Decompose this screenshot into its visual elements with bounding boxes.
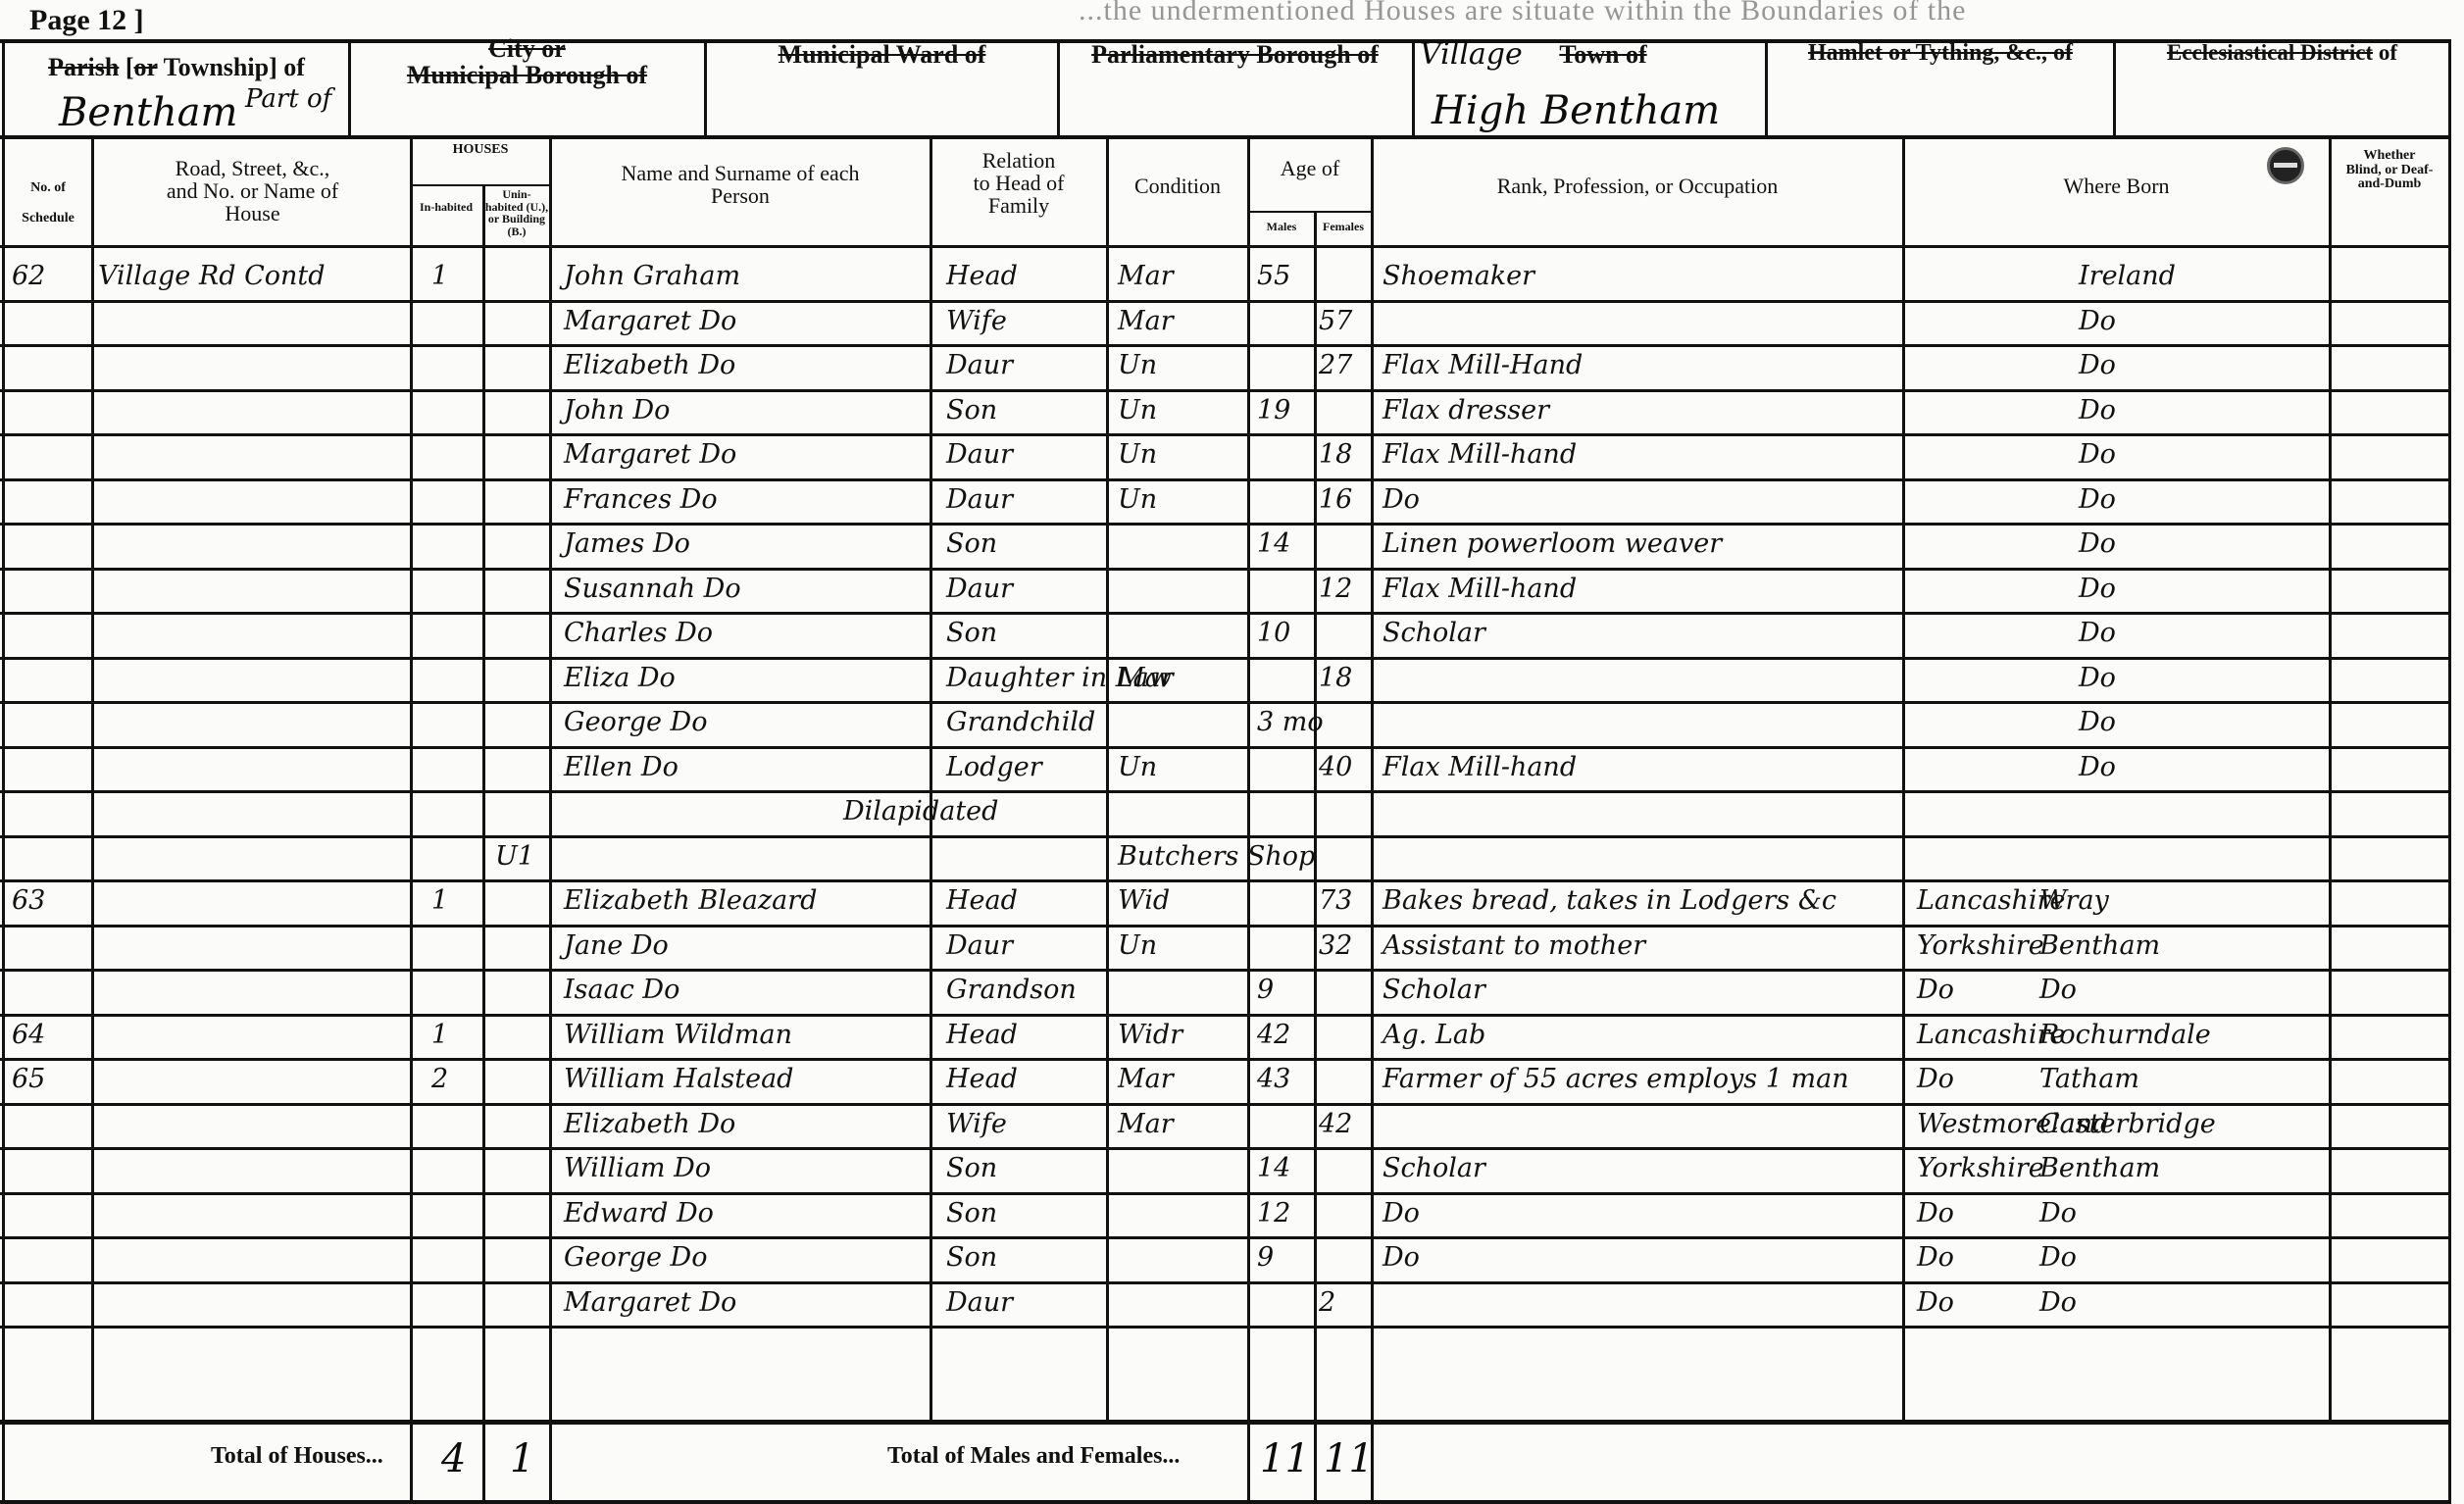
- col-schedule: No. of Schedule: [5, 181, 91, 226]
- cell-born-county: Yorkshire: [1917, 1153, 2044, 1183]
- cell-female-age: 12: [1319, 574, 1352, 604]
- ecclesiastical-label-rest: of: [2379, 40, 2397, 65]
- cell-born-place: Do: [2079, 306, 2116, 336]
- cell-name: Margaret Do: [564, 439, 736, 470]
- cell-condition: Wid: [1118, 885, 1170, 916]
- city-label-line2: Municipal Borough of: [353, 62, 701, 88]
- town-prefix: Village: [1420, 37, 1523, 72]
- table-row: William DoSon14ScholarYorkshireBentham: [0, 1149, 2464, 1194]
- cell-born-place: Do: [2079, 484, 2116, 515]
- cell-born-county: Do: [1917, 1287, 1954, 1318]
- col-name-line2: Person: [554, 184, 927, 207]
- total-houses-inhabited: 4: [441, 1436, 466, 1481]
- cell-condition: Un: [1118, 484, 1157, 515]
- divider: [1057, 39, 1060, 137]
- col-houses-title: HOUSES: [412, 143, 549, 158]
- houses-subdivider: [410, 184, 552, 186]
- cell-relation: Grandson: [946, 975, 1077, 1005]
- col-schedule-line1: No. of: [5, 181, 91, 196]
- cell-born-place: Tatham: [2039, 1064, 2139, 1094]
- ward-label: Municipal Ward of: [708, 41, 1056, 68]
- cell-relation: Head: [946, 261, 1018, 291]
- cell-name: George Do: [564, 707, 707, 737]
- cell-name: Susannah Do: [564, 574, 741, 604]
- table-row: John DoSonUn19Flax dresserDo: [0, 391, 2464, 436]
- cell-male-age: 14: [1257, 528, 1290, 559]
- total-males: 11: [1260, 1436, 1310, 1481]
- cell-relation: Head: [946, 1020, 1018, 1050]
- cell-condition: Mar: [1118, 1109, 1174, 1139]
- table-row: James DoSon14Linen powerloom weaverDo: [0, 525, 2464, 570]
- table-row: George DoGrandchild3 moDo: [0, 703, 2464, 748]
- cell-name: Ellen Do: [564, 752, 679, 782]
- or-struck: or: [134, 53, 158, 81]
- cell-condition: Un: [1118, 350, 1157, 380]
- cell-name: William Halstead: [564, 1064, 793, 1094]
- cell-born-county: Do: [1917, 1242, 1954, 1273]
- col-schedule-line2: Schedule: [5, 212, 91, 226]
- table-row: Ellen DoLodgerUn40Flax Mill-handDo: [0, 748, 2464, 793]
- cell-born-county: Yorkshire: [1917, 930, 2044, 961]
- cell-born-place: Do: [2079, 752, 2116, 782]
- cell-name: Elizabeth Do: [564, 1109, 735, 1139]
- table-row: Margaret DoWifeMar57Do: [0, 302, 2464, 347]
- city-label-line1: City or: [353, 35, 701, 62]
- cell-name: Elizabeth Do: [564, 350, 735, 380]
- cell-relation: Son: [946, 1198, 997, 1228]
- cell-female-age: 18: [1319, 663, 1352, 693]
- totals-bottom-border: [0, 1500, 2451, 1504]
- cell-name: George Do: [564, 1242, 707, 1273]
- cell-born-place: Do: [2079, 350, 2116, 380]
- cell-name: Margaret Do: [564, 1287, 736, 1318]
- col-relation-line3: Family: [931, 194, 1106, 217]
- total-houses-uninhabited: 1: [510, 1436, 534, 1481]
- ecclesiastical-label: Ecclesiastical District of: [2118, 41, 2446, 65]
- ecclesiastical-label-struck: Ecclesiastical District: [2167, 40, 2373, 65]
- table-row: Frances DoDaurUn16DoDo: [0, 480, 2464, 526]
- cell-relation: Son: [946, 1242, 997, 1273]
- col-houses-inhabited: In-habited: [412, 201, 480, 214]
- parish-label-rest: Township] of: [164, 53, 305, 81]
- cell-born-place: Do: [2079, 707, 2116, 737]
- cell-born-county: Do: [1917, 975, 1954, 1005]
- cell-relation: Daur: [946, 484, 1013, 515]
- parish-label: Parish [or Township] of: [10, 54, 343, 80]
- cell-born-place: Do: [2039, 975, 2077, 1005]
- cell-born-place: Ireland: [2079, 261, 2176, 291]
- cell-occupation: Flax Mill-hand: [1383, 752, 1577, 782]
- cell-relation: Head: [946, 1064, 1018, 1094]
- cell-relation: Daur: [946, 350, 1013, 380]
- col-blind-line1: Whether: [2332, 149, 2447, 164]
- parliamentary-label: Parliamentary Borough of: [1061, 41, 1409, 68]
- cell-relation: Lodger: [946, 752, 1042, 782]
- cell-born-place: Do: [2079, 395, 2116, 426]
- cell-name: Eliza Do: [564, 663, 676, 693]
- divider: [1765, 39, 1768, 137]
- cell-condition: Un: [1118, 752, 1157, 782]
- cell-name: Frances Do: [564, 484, 718, 515]
- cell-female-age: 27: [1319, 350, 1352, 380]
- col-road: Road, Street, &c., and No. or Name of Ho…: [98, 157, 407, 225]
- total-persons-label: Total of Males and Females...: [887, 1443, 1180, 1470]
- cell-relation: Daur: [946, 930, 1013, 961]
- city-label: City or Municipal Borough of: [353, 35, 701, 89]
- column-header-bottom: [0, 245, 2451, 248]
- cell-male-age: 55: [1257, 261, 1290, 291]
- cell-born-place: Do: [2079, 574, 2116, 604]
- cell-relation: Daur: [946, 574, 1013, 604]
- cell-occupation: Scholar: [1383, 975, 1485, 1005]
- divider: [704, 39, 707, 137]
- table-row: Charles DoSon10ScholarDo: [0, 614, 2464, 659]
- col-age: Age of: [1249, 157, 1371, 179]
- cell-female-age: 42: [1319, 1109, 1352, 1139]
- cell-occupation: Do: [1383, 1198, 1420, 1228]
- cell-name: Jane Do: [564, 930, 669, 961]
- cell-female-age: 18: [1319, 439, 1352, 470]
- cell-occupation: Scholar: [1383, 1153, 1485, 1183]
- cell-condition: Un: [1118, 930, 1157, 961]
- cell-female-age: 32: [1319, 930, 1352, 961]
- bracket: [: [126, 53, 134, 81]
- town-label: Town of: [1530, 41, 1677, 68]
- town-value: High Bentham: [1432, 88, 1720, 133]
- cell-relation: Son: [946, 618, 997, 648]
- cell-name: William Wildman: [564, 1020, 792, 1050]
- cell-male-age: 10: [1257, 618, 1290, 648]
- col-occupation: Rank, Profession, or Occupation: [1373, 175, 1902, 197]
- cell-born-place: Do: [2079, 618, 2116, 648]
- col-where-born: Where Born: [1904, 175, 2329, 197]
- cell-condition: Mar: [1118, 261, 1174, 291]
- table-row: Margaret DoDaur2DoDo: [0, 1283, 2464, 1329]
- cell-born-place: Do: [2079, 663, 2116, 693]
- punch-hole-icon: [2267, 147, 2304, 184]
- cell-born-place: Do: [2039, 1242, 2077, 1273]
- cell-male-age: 12: [1257, 1198, 1290, 1228]
- cell-occupation: Scholar: [1383, 618, 1485, 648]
- cell-born-place: Do: [2039, 1287, 2077, 1318]
- cell-born-place: Bentham: [2039, 930, 2160, 961]
- cell-relation: Wife: [946, 1109, 1007, 1139]
- cell-relation: Son: [946, 528, 997, 559]
- cell-relation: Grandchild: [946, 707, 1095, 737]
- cell-occupation: Flax dresser: [1383, 395, 1549, 426]
- cell-name: Margaret Do: [564, 306, 736, 336]
- table-row: 641William WildmanHeadWidr42Ag. LabLanca…: [0, 1016, 2464, 1061]
- cell-condition: Mar: [1118, 306, 1174, 336]
- cell-name: Edward Do: [564, 1198, 714, 1228]
- cell-female-age: 57: [1319, 306, 1352, 336]
- table-row: 631Elizabeth BleazardHeadWid73Bakes brea…: [0, 881, 2464, 927]
- col-age-females: Females: [1316, 221, 1371, 233]
- cell-relation: Daur: [946, 439, 1013, 470]
- col-relation-line2: to Head of: [931, 172, 1106, 194]
- cell-condition: Widr: [1118, 1020, 1182, 1050]
- parish-label-struck: Parish: [48, 53, 119, 81]
- cell-inhabited: 2: [431, 1064, 448, 1094]
- cell-name: John Do: [564, 395, 670, 426]
- divider: [1412, 39, 1415, 137]
- parish-value: Bentham: [59, 90, 237, 135]
- col-condition: Condition: [1108, 175, 1247, 197]
- cell-born-place: Casterbridge: [2039, 1109, 2216, 1139]
- cell-occupation: Assistant to mother: [1383, 930, 1645, 961]
- cell-condition: Un: [1118, 439, 1157, 470]
- table-row: Isaac DoGrandson9ScholarDoDo: [0, 971, 2464, 1016]
- total-females: 11: [1324, 1436, 1374, 1481]
- col-relation-line1: Relation: [931, 149, 1106, 172]
- cell-born-county: Do: [1917, 1064, 1954, 1094]
- cell-born-place: Wray: [2039, 885, 2109, 916]
- cell-uninhabited: U1: [495, 841, 534, 872]
- cell-female-age: 16: [1319, 484, 1352, 515]
- cell-born-place: Do: [2079, 439, 2116, 470]
- col-age-males: Males: [1249, 221, 1314, 233]
- cell-occupation: Shoemaker: [1383, 261, 1534, 291]
- col-road-line3: House: [98, 202, 407, 225]
- table-row: Susannah DoDaur12Flax Mill-handDo: [0, 570, 2464, 615]
- totals-top-border: [0, 1420, 2451, 1425]
- cell-name: Charles Do: [564, 618, 713, 648]
- parish-value-note: Part of: [245, 84, 331, 114]
- cell-inhabited: 1: [431, 261, 448, 291]
- cell-female-age: 40: [1319, 752, 1352, 782]
- cell-condition: Mar: [1118, 663, 1174, 693]
- cell-condition: Butchers Shop: [1118, 841, 1315, 872]
- col-blind-line3: and-Dumb: [2332, 177, 2447, 192]
- cell-male-age: 9: [1257, 975, 1274, 1005]
- cell-occupation: Do: [1383, 1242, 1420, 1273]
- hamlet-label: Hamlet or Tything, &c., of: [1770, 41, 2111, 66]
- cell-female-age: 73: [1319, 885, 1352, 916]
- total-houses-label: Total of Houses...: [211, 1443, 383, 1470]
- cell-male-age: 9: [1257, 1242, 1274, 1273]
- cell-occupation: Ag. Lab: [1383, 1020, 1485, 1050]
- cell-male-age: 14: [1257, 1153, 1290, 1183]
- cell-occupation: Do: [1383, 484, 1420, 515]
- cell-occupation: Flax Mill-hand: [1383, 439, 1577, 470]
- table-row: Eliza DoDaughter in LawMar18Do: [0, 659, 2464, 704]
- cell-inhabited: 1: [431, 1020, 448, 1050]
- cell-born-place: Do: [2039, 1198, 2077, 1228]
- table-row: 62Village Rd Contd1John GrahamHeadMar55S…: [0, 257, 2464, 302]
- cell-schedule: 63: [12, 885, 45, 916]
- cell-occupation: Linen powerloom weaver: [1383, 528, 1722, 559]
- cell-relation: Son: [946, 1153, 997, 1183]
- table-row: Edward DoSon12DoDoDo: [0, 1194, 2464, 1239]
- col-blind: Whether Blind, or Deaf- and-Dumb: [2332, 149, 2447, 192]
- col-houses-uninhabited: Unin-habited (U.), or Building (B.): [484, 188, 549, 237]
- cell-road: Village Rd Contd: [98, 261, 326, 291]
- cell-born-place: Bentham: [2039, 1153, 2160, 1183]
- cell-occupation: Flax Mill-hand: [1383, 574, 1577, 604]
- cell-born-county: Do: [1917, 1198, 1954, 1228]
- town-label-text: Town of: [1559, 40, 1646, 69]
- cell-name: Dilapidated: [843, 796, 998, 827]
- cell-relation: Head: [946, 885, 1018, 916]
- cell-occupation: Farmer of 55 acres employs 1 man: [1383, 1064, 1849, 1094]
- table-row: Elizabeth DoWifeMar42WestmorelandCasterb…: [0, 1105, 2464, 1150]
- faded-top-print: ...the undermentioned Houses are situate…: [1079, 0, 1966, 27]
- col-name-line1: Name and Surname of each: [554, 162, 927, 184]
- cell-name: William Do: [564, 1153, 711, 1183]
- table-row: Margaret DoDaurUn18Flax Mill-handDo: [0, 435, 2464, 480]
- col-relation: Relation to Head of Family: [931, 149, 1106, 217]
- col-blind-line2: Blind, or Deaf-: [2332, 164, 2447, 178]
- cell-name: John Graham: [564, 261, 740, 291]
- cell-relation: Daur: [946, 1287, 1013, 1318]
- cell-relation: Wife: [946, 306, 1007, 336]
- cell-female-age: 2: [1319, 1287, 1335, 1318]
- cell-male-age: 19: [1257, 395, 1290, 426]
- table-row: George DoSon9DoDoDo: [0, 1238, 2464, 1283]
- table-row: 652William HalsteadHeadMar43Farmer of 55…: [0, 1060, 2464, 1105]
- cell-schedule: 65: [12, 1064, 45, 1094]
- cell-occupation: Bakes bread, takes in Lodgers &c: [1383, 885, 1836, 916]
- table-row: Jane DoDaurUn32Assistant to motherYorksh…: [0, 927, 2464, 972]
- frame-header-bottom: [0, 135, 2451, 139]
- cell-name: Isaac Do: [564, 975, 679, 1005]
- cell-name: Elizabeth Bleazard: [564, 885, 817, 916]
- col-road-line2: and No. or Name of: [98, 179, 407, 202]
- cell-born-place: Do: [2079, 528, 2116, 559]
- cell-schedule: 62: [12, 261, 45, 291]
- cell-inhabited: 1: [431, 885, 448, 916]
- table-row: Elizabeth DoDaurUn27Flax Mill-HandDo: [0, 346, 2464, 391]
- cell-male-age: 43: [1257, 1064, 1290, 1094]
- col-road-line1: Road, Street, &c.,: [98, 157, 407, 179]
- cell-male-age: 3 mo: [1257, 707, 1324, 737]
- cell-schedule: 64: [12, 1020, 45, 1050]
- cell-name: James Do: [564, 528, 690, 559]
- cell-relation: Son: [946, 395, 997, 426]
- table-row: U1Butchers Shop: [0, 837, 2464, 882]
- page-number: Page 12 ]: [29, 4, 144, 37]
- divider: [2113, 39, 2116, 137]
- divider: [348, 39, 351, 137]
- cell-condition: Mar: [1118, 1064, 1174, 1094]
- cell-occupation: Flax Mill-Hand: [1383, 350, 1583, 380]
- table-row: Dilapidated: [0, 792, 2464, 837]
- age-subdivider: [1247, 211, 1373, 213]
- cell-condition: Un: [1118, 395, 1157, 426]
- cell-male-age: 42: [1257, 1020, 1290, 1050]
- cell-born-place: Rochurndale: [2039, 1020, 2211, 1050]
- col-name: Name and Surname of each Person: [554, 162, 927, 207]
